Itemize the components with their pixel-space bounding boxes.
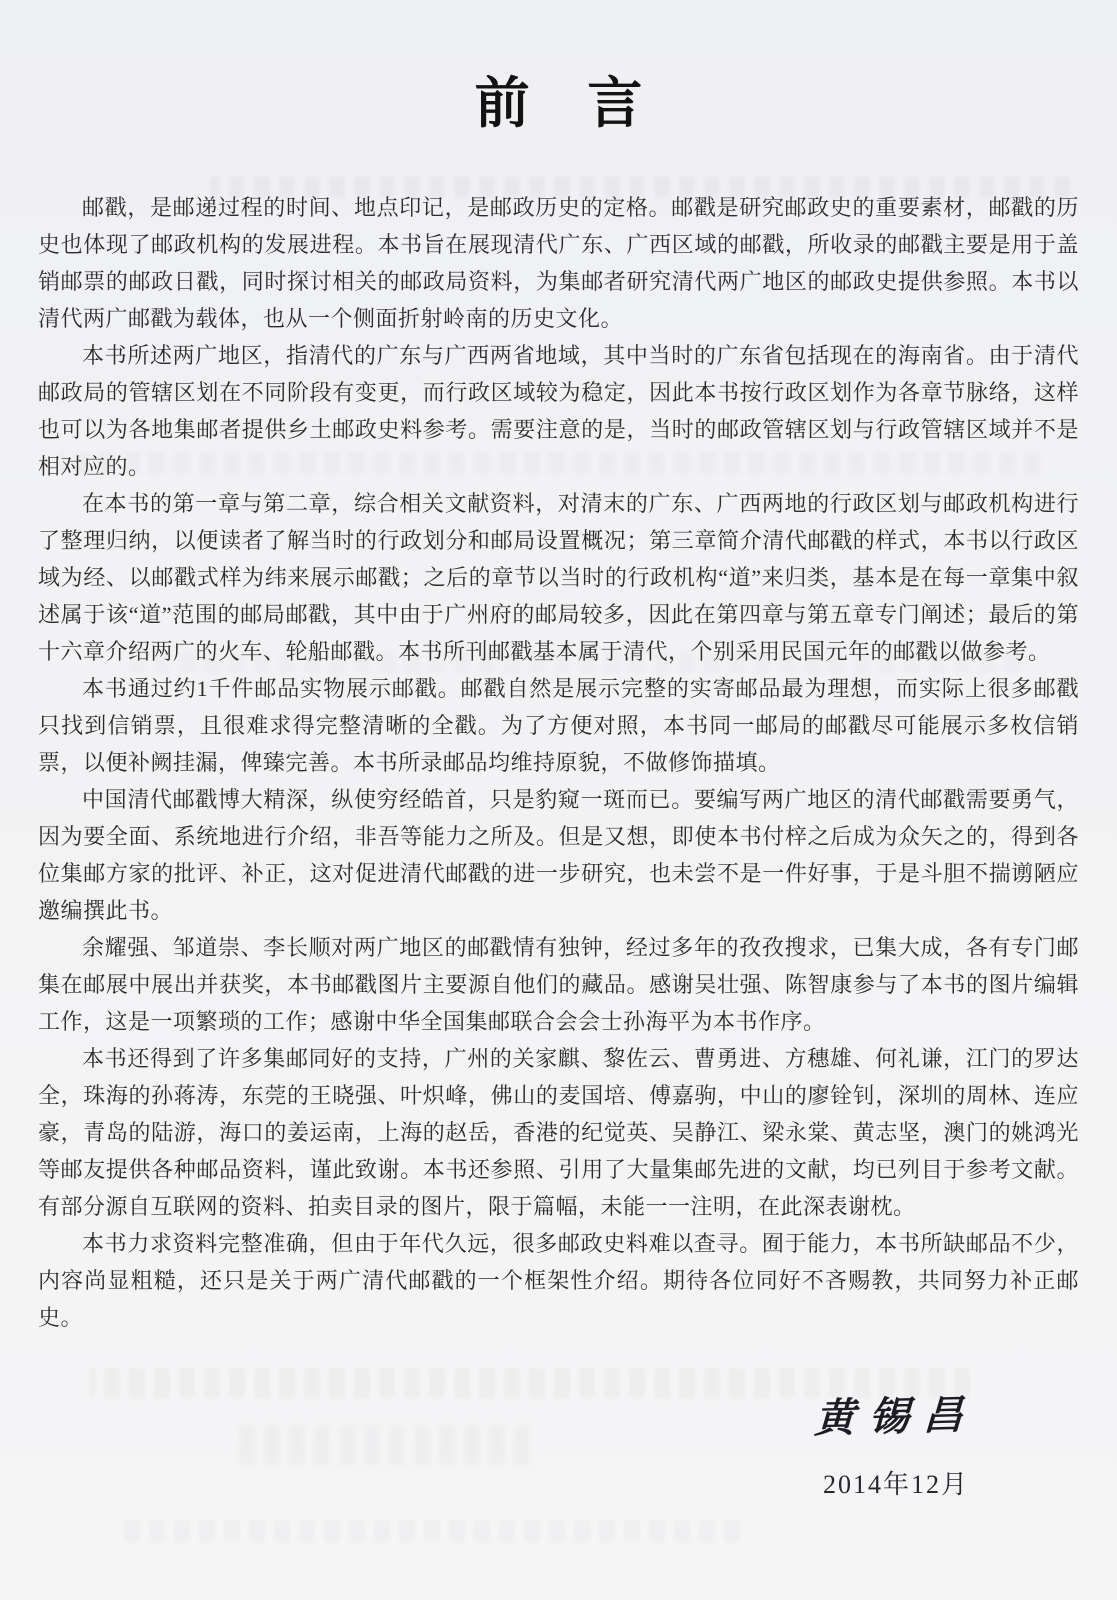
bleed-through-artifact [230, 1425, 530, 1465]
paragraph: 本书还得到了许多集邮同好的支持，广州的关家麒、黎佐云、曹勇进、方穗雄、何礼谦，江… [38, 1040, 1079, 1225]
paragraph: 在本书的第一章与第二章，综合相关文献资料，对清末的广东、广西两地的行政区划与邮政… [38, 485, 1079, 670]
publication-date: 2014年12月 [815, 1464, 977, 1501]
scanned-preface-page: 前言 邮戳，是邮递过程的时间、地点印记，是邮政历史的定格。邮戳是研究邮政史的重要… [0, 0, 1117, 1600]
paragraph: 本书所述两广地区，指清代的广东与广西两省地域，其中当时的广东省包括现在的海南省。… [38, 337, 1079, 485]
paragraph: 余耀强、邹道崇、李长顺对两广地区的邮戳情有独钟，经过多年的孜孜搜求，已集大成，各… [38, 929, 1079, 1040]
signature-block: 黄锡昌 2014年12月 [815, 1385, 977, 1501]
page-title: 前言 [0, 0, 1117, 131]
paragraph: 本书力求资料完整准确，但由于年代久远，很多邮政史料难以查寻。囿于能力，本书所缺邮… [38, 1225, 1079, 1336]
bleed-through-artifact [120, 1520, 740, 1542]
paragraph: 中国清代邮戳博大精深，纵使穷经皓首，只是豹窥一斑而已。要编写两广地区的清代邮戳需… [38, 781, 1079, 929]
paragraph: 本书通过约1千件邮品实物展示邮戳。邮戳自然是展示完整的实寄邮品最为理想，而实际上… [38, 670, 1079, 781]
author-signature: 黄锡昌 [814, 1383, 979, 1444]
paragraph: 邮戳，是邮递过程的时间、地点印记，是邮政历史的定格。邮戳是研究邮政史的重要素材，… [38, 189, 1079, 337]
preface-body: 邮戳，是邮递过程的时间、地点印记，是邮政历史的定格。邮戳是研究邮政史的重要素材，… [38, 189, 1079, 1336]
